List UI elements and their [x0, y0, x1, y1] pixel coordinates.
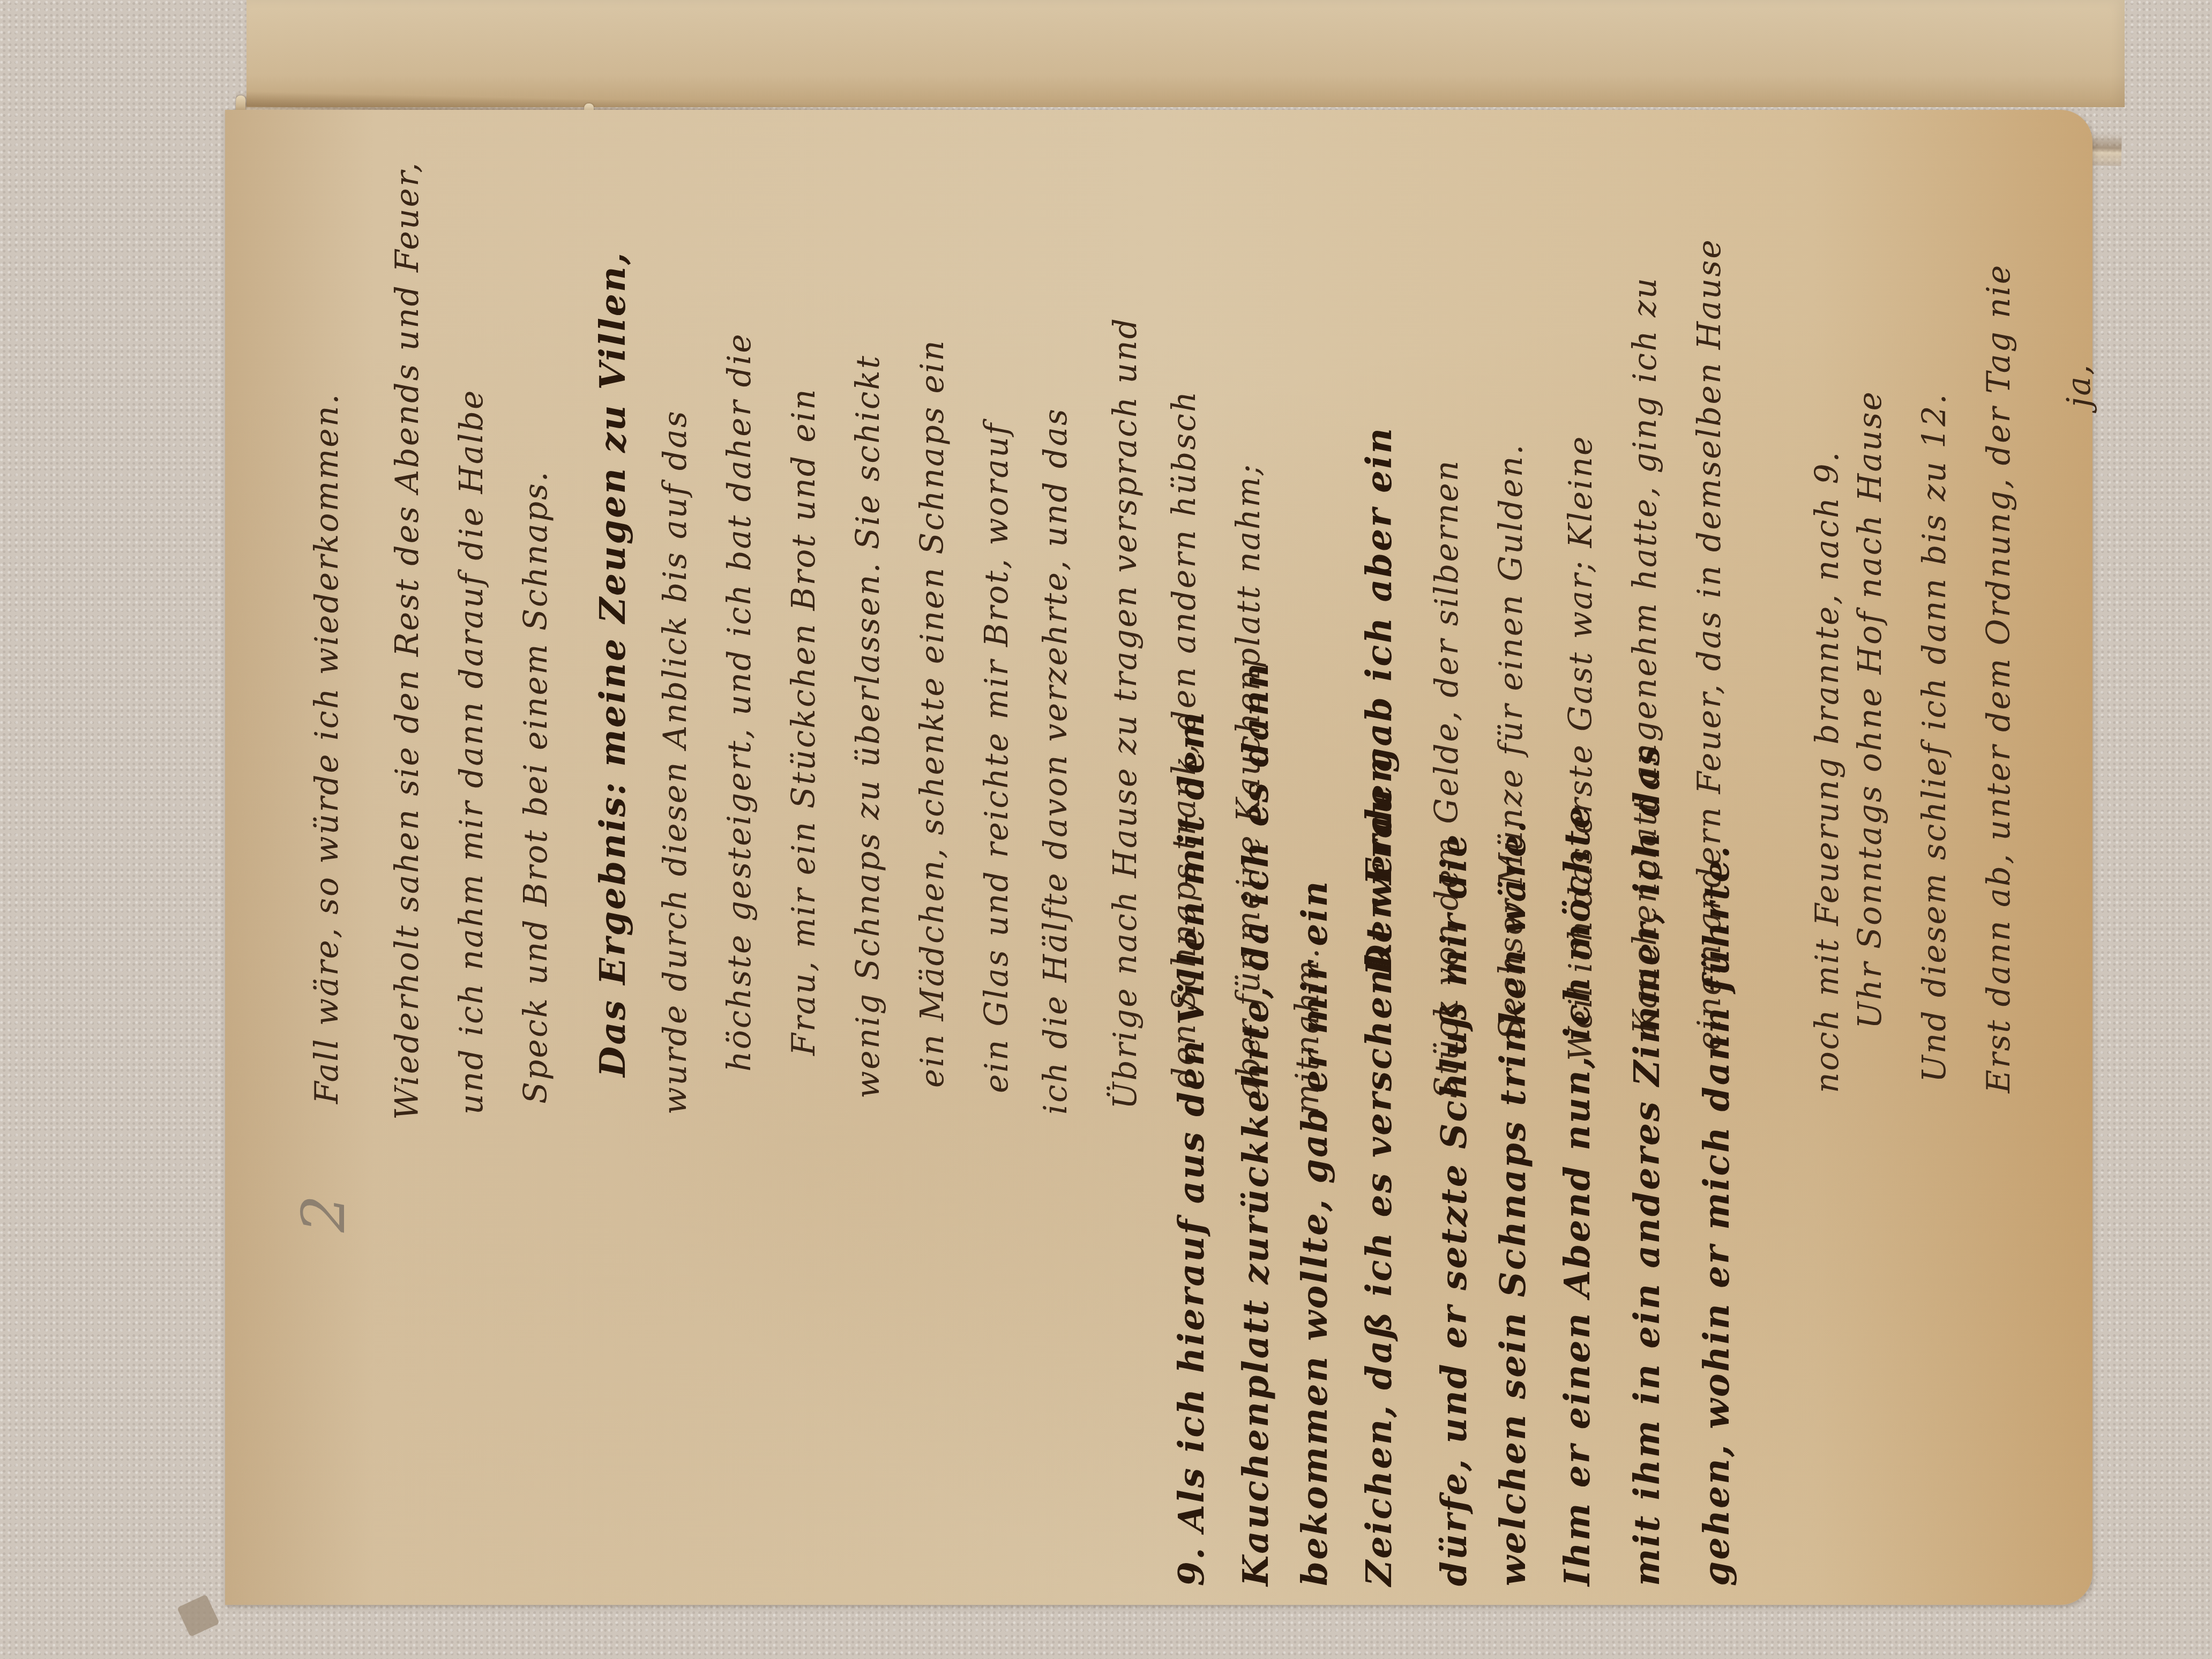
- text-line: ein Glas und reichte mir Brot, worauf: [981, 422, 1013, 1093]
- text-line: wurde durch diesen Anblick bis auf das: [659, 409, 691, 1115]
- page-number: 2: [289, 1195, 358, 1232]
- text-line: Übrige nach Hause zu tragen versprach un…: [1109, 317, 1141, 1109]
- text-line: welchen sein Schnaps trinken wäre.: [1495, 819, 1530, 1586]
- text-line: Und diesem schlief ich dann bis zu 12.: [1918, 392, 1951, 1082]
- text-line: ein Mädchen, schenkte einen Schnaps ein: [916, 339, 948, 1088]
- text-line: bekommen wollte, gab er mir ein: [1297, 880, 1332, 1586]
- text-line: mit ihm in ein anderes Zimmer, ich das: [1629, 744, 1664, 1586]
- text-line: Das Ergebnis: meine Zeugen zu Villen,: [595, 251, 630, 1077]
- previous-page-flap: [246, 0, 2125, 107]
- text-line: Wiederholt sahen sie den Rest des Abends…: [391, 161, 423, 1120]
- text-line: Erst dann ab, unter dem Ordnung, der Tag…: [1983, 264, 2015, 1093]
- text-line: Kauchenplatt zurückkehrte, da ich es dan…: [1238, 662, 1273, 1586]
- text-line: ja,: [2063, 363, 2095, 407]
- text-line: noch mit Feuerung brannte, nach 9.: [1811, 450, 1843, 1093]
- text-line: Ihm er einen Abend nun, ich möchte: [1559, 804, 1595, 1586]
- text-line: 9. Als ich hierauf aus den Villen mit de…: [1174, 711, 1209, 1586]
- text-line: dürfe, und er setzte Schluß mir die: [1436, 833, 1471, 1586]
- text-line: Fall wäre, so würde ich wiederkommen.: [311, 392, 343, 1104]
- text-line: und ich nahm mir dann darauf die Halbe: [455, 388, 488, 1115]
- text-line: Frau, mir ein Stückchen Brot und ein: [788, 387, 820, 1056]
- text-line: Speck und Brot bei einem Schnaps.: [520, 470, 552, 1104]
- text-line: gehen, wohin er mich dann führte.: [1699, 845, 1734, 1586]
- ribbon-tab: [177, 1594, 220, 1637]
- text-line: höchste gesteigert, und ich bat daher di…: [723, 332, 756, 1072]
- text-line: ich die Hälfte davon verzehrte, und das: [1040, 407, 1072, 1115]
- text-line: Zeichen, daß ich es verschenkt werden: [1361, 756, 1396, 1586]
- text-line: wenig Schnaps zu überlassen. Sie schickt: [852, 354, 884, 1098]
- text-line: Uhr Sonntags ohne Hof nach Hause: [1854, 390, 1886, 1029]
